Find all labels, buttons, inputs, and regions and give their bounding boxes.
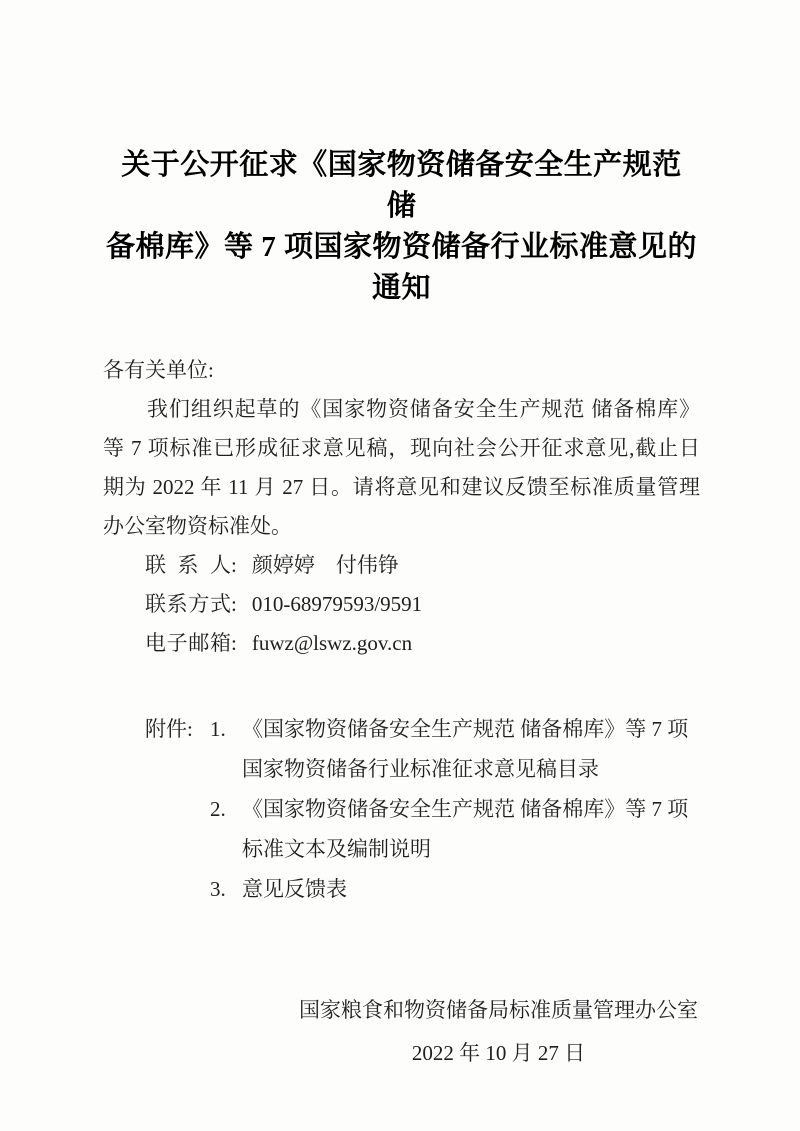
title-line-3: 通知: [103, 268, 700, 309]
attachment-item: 1.《国家物资储备安全生产规范 储备棉库》等 7 项: [210, 709, 700, 749]
contact-email-row: 电子邮箱:fuwz@lswz.gov.cn: [103, 624, 700, 663]
attachment-text: 《国家物资储备安全生产规范 储备棉库》等 7 项: [242, 717, 688, 741]
contact-person-value: 颜婷婷 付伟铮: [252, 553, 399, 577]
attachment-text: 标准文本及编制说明: [242, 837, 431, 861]
attachment-item-continuation: 国家物资储备行业标准征求意见稿目录: [210, 749, 700, 789]
document-body: 各有关单位: 我们组织起草的《国家物资储备安全生产规范 储备棉库》 等 7 项标…: [103, 351, 700, 1075]
signature-block: 国家粮食和物资储备局标准质量管理办公室 2022 年 10 月 27 日: [299, 989, 698, 1075]
attachment-number: 2.: [210, 789, 242, 829]
attachment-text: 《国家物资储备安全生产规范 储备棉库》等 7 项: [242, 797, 688, 821]
salutation: 各有关单位:: [103, 351, 700, 390]
contact-phone-label: 联系方式: [145, 585, 231, 624]
contact-person-label: 联系人: [145, 546, 231, 585]
contact-person-colon: :: [231, 546, 237, 585]
contact-email-value: fuwz@lswz.gov.cn: [252, 631, 412, 655]
paragraph-line: 我们组织起草的《国家物资储备安全生产规范 储备棉库》: [103, 390, 700, 429]
contact-email-label: 电子邮箱: [145, 624, 231, 663]
attachment-text: 意见反馈表: [242, 877, 347, 901]
contact-person-row: 联系人:颜婷婷 付伟铮: [103, 546, 700, 585]
attachment-number: 1.: [210, 709, 242, 749]
attachments-block: 附件: 1.《国家物资储备安全生产规范 储备棉库》等 7 项 国家物资储备行业标…: [103, 709, 700, 909]
document-content: 关于公开征求《国家物资储备安全生产规范 储 备棉库》等 7 项国家物资储备行业标…: [0, 0, 800, 1075]
contact-phone-colon: :: [231, 585, 237, 624]
attachment-item: 2.《国家物资储备安全生产规范 储备棉库》等 7 项: [210, 789, 700, 829]
attachment-item-continuation: 标准文本及编制说明: [210, 829, 700, 869]
signature-office: 国家粮食和物资储备局标准质量管理办公室: [299, 989, 698, 1032]
document-page: 关于公开征求《国家物资储备安全生产规范 储 备棉库》等 7 项国家物资储备行业标…: [0, 0, 800, 1131]
attachments-label: 附件:: [145, 709, 210, 749]
contact-phone-value: 010-68979593/9591: [252, 592, 422, 616]
main-paragraph: 我们组织起草的《国家物资储备安全生产规范 储备棉库》 等 7 项标准已形成征求意…: [103, 390, 700, 546]
title-line-2: 备棉库》等 7 项国家物资储备行业标准意见的: [103, 227, 700, 268]
contact-phone-row: 联系方式:010-68979593/9591: [103, 585, 700, 624]
paragraph-line: 等 7 项标准已形成征求意见稿，现向社会公开征求意见,截止日: [103, 429, 700, 468]
document-title: 关于公开征求《国家物资储备安全生产规范 储 备棉库》等 7 项国家物资储备行业标…: [103, 145, 700, 309]
signature-date: 2022 年 10 月 27 日: [299, 1032, 698, 1075]
attachment-number: 3.: [210, 869, 242, 909]
paragraph-line: 办公室物资标准处。: [103, 507, 700, 546]
paragraph-line: 期为 2022 年 11 月 27 日。请将意见和建议反馈至标准质量管理: [103, 468, 700, 507]
attachment-item: 3.意见反馈表: [210, 869, 700, 909]
title-line-1: 关于公开征求《国家物资储备安全生产规范 储: [103, 145, 700, 227]
contact-email-colon: :: [231, 624, 237, 663]
contact-block: 联系人:颜婷婷 付伟铮 联系方式:010-68979593/9591 电子邮箱:…: [103, 546, 700, 663]
attachment-text: 国家物资储备行业标准征求意见稿目录: [242, 757, 599, 781]
attachments-list: 1.《国家物资储备安全生产规范 储备棉库》等 7 项 国家物资储备行业标准征求意…: [210, 709, 700, 909]
